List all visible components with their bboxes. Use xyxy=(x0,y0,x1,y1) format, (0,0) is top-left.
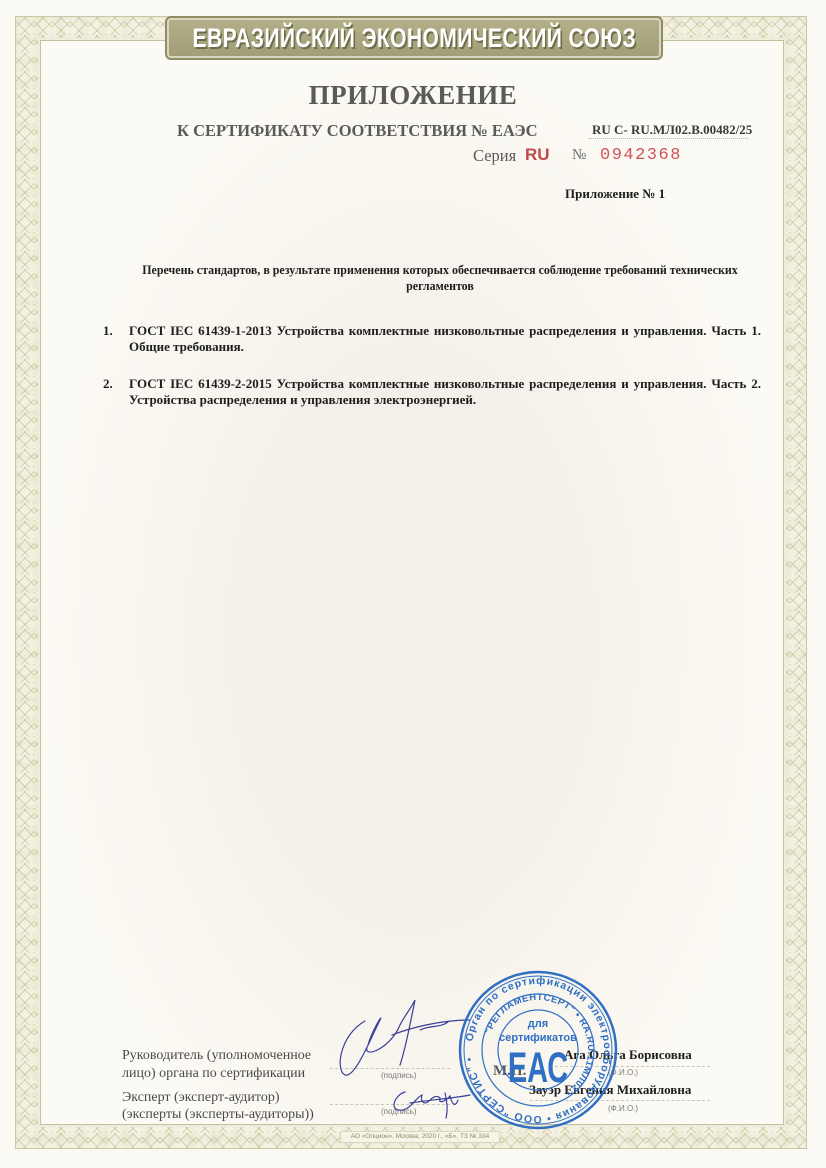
head-name-line xyxy=(555,1066,710,1067)
standard-text: ГОСТ IEC 61439-1-2013 Устройства комплек… xyxy=(129,323,761,355)
stamp-place-label: М.П. xyxy=(493,1063,526,1080)
banner-text: ЕВРАЗИЙСКИЙ ЭКОНОМИЧЕСКИЙ СОЮЗ xyxy=(192,23,636,54)
certificate-number-underline xyxy=(588,138,748,139)
document-title: ПРИЛОЖЕНИЕ xyxy=(0,80,826,111)
head-label-line2: лицо) органа по сертификации xyxy=(122,1065,305,1083)
annex-label: Приложение № 1 xyxy=(565,186,665,202)
printer-imprint: АО «Опцион», Москва, 2020 г., «Б», ТЗ № … xyxy=(340,1131,500,1143)
expert-fio-caption: (Ф.И.О.) xyxy=(608,1104,638,1113)
expert-signature-line xyxy=(330,1104,450,1105)
series-label: Серия xyxy=(473,146,516,166)
document-sheet xyxy=(40,40,784,1125)
eaeu-banner: ЕВРАЗИЙСКИЙ ЭКОНОМИЧЕСКИЙ СОЮЗ xyxy=(165,16,663,60)
standards-list-heading: Перечень стандартов, в результате примен… xyxy=(127,262,753,294)
head-fio-caption: (Ф.И.О.) xyxy=(608,1068,638,1077)
standard-number: 2. xyxy=(103,376,129,408)
certificate-subtitle: К СЕРТИФИКАТУ СООТВЕТСТВИЯ № ЕАЭС xyxy=(177,121,538,141)
series-value: RU xyxy=(525,145,550,165)
standard-text: ГОСТ IEC 61439-2-2015 Устройства комплек… xyxy=(129,376,761,408)
expert-signature-caption: (подпись) xyxy=(381,1107,417,1116)
standards-list: 1. ГОСТ IEC 61439-1-2013 Устройства комп… xyxy=(103,323,761,429)
standard-item: 1. ГОСТ IEC 61439-1-2013 Устройства комп… xyxy=(103,323,761,355)
form-number-value: 0942368 xyxy=(600,146,682,165)
head-signature-line xyxy=(330,1068,450,1069)
expert-name-line xyxy=(530,1100,710,1101)
expert-name: Зауэр Евгения Михайловна xyxy=(529,1082,691,1098)
standard-item: 2. ГОСТ IEC 61439-2-2015 Устройства комп… xyxy=(103,376,761,408)
standard-number: 1. xyxy=(103,323,129,355)
expert-label-line2: (эксперты (эксперты-аудиторы)) xyxy=(122,1106,314,1124)
head-name: Ага Ольга Борисовна xyxy=(564,1047,692,1063)
head-signature-caption: (подпись) xyxy=(381,1071,417,1080)
head-label-line1: Руководитель (уполномоченное xyxy=(122,1047,311,1065)
expert-label-line1: Эксперт (эксперт-аудитор) xyxy=(122,1089,280,1107)
certificate-number: RU С- RU.МЛ02.В.00482/25 xyxy=(592,122,752,138)
form-number-label: № xyxy=(572,147,586,164)
